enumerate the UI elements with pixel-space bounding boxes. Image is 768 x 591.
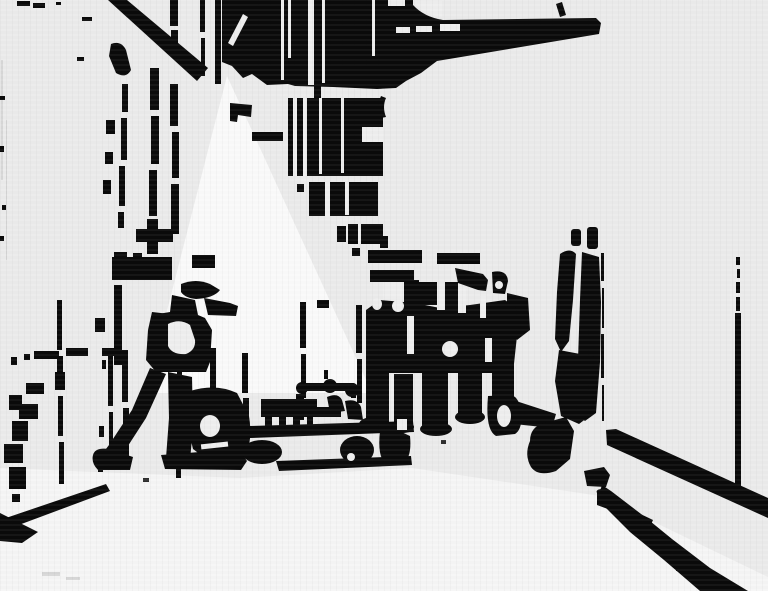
worker-foot: [420, 422, 452, 436]
speck: [143, 478, 149, 482]
speck: [352, 248, 360, 256]
cart-handle-knob: [323, 379, 337, 393]
wall-dash: [66, 348, 88, 356]
frame-knot: [55, 372, 65, 390]
awning-slit: [288, 0, 291, 58]
worker-head: [418, 282, 437, 305]
curb-speck: [686, 574, 692, 578]
speck: [2, 205, 6, 210]
scaffold-rail: [171, 184, 179, 234]
awning-strut: [215, 0, 221, 84]
window-slit: [319, 98, 322, 174]
awning-notch: [388, 0, 405, 6]
window-row-lower: [348, 224, 383, 244]
blemish: [12, 421, 28, 441]
window-slit: [325, 182, 330, 217]
awning-strut: [200, 0, 205, 32]
beam-glint: [440, 24, 460, 31]
cart-handle-knob: [296, 382, 308, 394]
speck: [66, 577, 80, 580]
photograph: [0, 0, 768, 591]
scaffold-rail: [151, 116, 159, 164]
streak: [1, 60, 3, 180]
scaffold-ledge: [112, 257, 172, 280]
standpipe-dash: [736, 257, 740, 265]
awning-slit: [308, 0, 314, 85]
speck: [77, 57, 84, 61]
awning-strut: [201, 38, 205, 76]
scaffold-rail: [121, 118, 127, 160]
blemish: [19, 404, 38, 419]
feet-gap: [397, 419, 407, 430]
chest-highlight: [392, 300, 404, 312]
curb-speck: [676, 566, 682, 571]
scaffold-rail: [149, 170, 157, 216]
speck: [42, 572, 60, 576]
speck: [11, 357, 17, 365]
window-notch: [362, 127, 383, 142]
window-slit: [293, 98, 297, 176]
frame-dash: [317, 300, 329, 308]
wheel-hub-highlight: [347, 453, 355, 461]
worker-head: [445, 282, 458, 308]
frame-dash: [102, 348, 115, 356]
worker-legs: [492, 350, 514, 400]
wall-edge-line: [601, 334, 604, 378]
frame-line: [59, 442, 64, 484]
frame-line: [108, 350, 113, 406]
standpipe-dash: [737, 269, 740, 278]
worker-face-highlight: [495, 281, 503, 289]
frame-line: [57, 300, 62, 350]
standpipe-dash: [736, 282, 740, 293]
frame-line: [58, 396, 63, 436]
speck: [0, 146, 4, 152]
frame-line: [122, 350, 128, 402]
streak: [6, 120, 7, 260]
bundle-highlight: [200, 415, 220, 437]
speck: [82, 17, 92, 21]
awning-slit: [372, 0, 375, 56]
lintel-bar: [437, 253, 480, 264]
worker-foot: [359, 417, 389, 431]
speck: [33, 3, 45, 8]
worker-legs: [422, 372, 448, 430]
worker-head: [404, 280, 419, 304]
speck: [24, 354, 30, 360]
boot-highlight: [497, 405, 511, 427]
wall-dash: [34, 351, 59, 359]
window-row-middle: [309, 182, 378, 216]
coat-slit: [480, 296, 486, 318]
scaffold-rail: [170, 0, 178, 26]
cart-frame: [261, 407, 341, 417]
lintel-bar: [368, 250, 422, 263]
worker-foot: [455, 410, 485, 424]
scaffold-rail: [170, 84, 178, 126]
wall-worker-hips: [555, 350, 596, 424]
cart-upright: [324, 370, 328, 379]
speck: [0, 236, 4, 241]
photo-canvas: [0, 0, 768, 591]
scaffold-rail: [172, 132, 179, 178]
speck: [99, 426, 104, 437]
wall-worker-cap: [587, 227, 598, 249]
blemish: [12, 494, 20, 502]
wall-edge-line: [602, 385, 604, 421]
cart-upright: [351, 391, 356, 398]
worker-face-highlight: [383, 282, 404, 299]
blemish: [4, 444, 23, 463]
coat-slit: [407, 316, 414, 354]
curb-speck: [628, 514, 634, 519]
scaffold-hook: [106, 120, 115, 134]
wall-edge-line: [602, 288, 604, 328]
chest-highlight: [372, 298, 382, 310]
wall-worker-head: [571, 229, 581, 246]
worker-gap: [437, 290, 445, 310]
speck: [380, 236, 388, 248]
cart-cutouts: [347, 453, 355, 461]
ground-shadow-blob: [379, 429, 410, 464]
speck: [441, 440, 446, 444]
window-slit: [345, 182, 349, 215]
scaffold-rail: [150, 68, 159, 110]
scaffold-hook: [103, 180, 111, 194]
coat-highlight: [442, 341, 458, 357]
standpipe-dash: [736, 297, 740, 311]
scaffold-block: [192, 255, 215, 268]
window-slit: [341, 98, 344, 173]
awning-slit: [281, 0, 284, 80]
speck: [102, 360, 106, 369]
cart-rail: [261, 399, 317, 407]
frame-line: [242, 353, 248, 393]
frame-knot: [95, 318, 105, 332]
window-slit: [303, 98, 307, 176]
window-slit: [358, 224, 361, 244]
coat-slit: [485, 338, 492, 362]
beam-glint: [396, 27, 410, 33]
frame-line: [114, 285, 122, 365]
window-row-lower: [337, 226, 346, 242]
frame-line: [300, 302, 306, 348]
speck: [297, 184, 304, 192]
scaffold-hook: [105, 152, 113, 164]
speck: [17, 1, 30, 6]
frame-line: [356, 305, 362, 353]
frame-line: [357, 359, 362, 403]
scaffold-rail: [171, 30, 178, 52]
speck: [36, 384, 43, 394]
curb-speck: [643, 524, 649, 529]
speck: [56, 2, 61, 5]
awning-slit: [322, 0, 325, 83]
blemish: [9, 467, 26, 489]
scaffold-cross-post: [147, 219, 158, 254]
scaffold-rail: [118, 212, 124, 228]
standpipe-shaft: [735, 313, 741, 493]
speck: [0, 96, 5, 100]
curb-speck: [658, 536, 665, 541]
scaffold-rail: [122, 84, 128, 112]
scaffold-rail: [119, 166, 125, 206]
wall-dash: [252, 132, 283, 141]
cart-wheel-left: [242, 440, 282, 464]
worker-gap: [458, 287, 466, 313]
wall-edge-line: [601, 253, 604, 281]
worker-legs: [366, 372, 389, 425]
beam-glint: [416, 26, 432, 32]
